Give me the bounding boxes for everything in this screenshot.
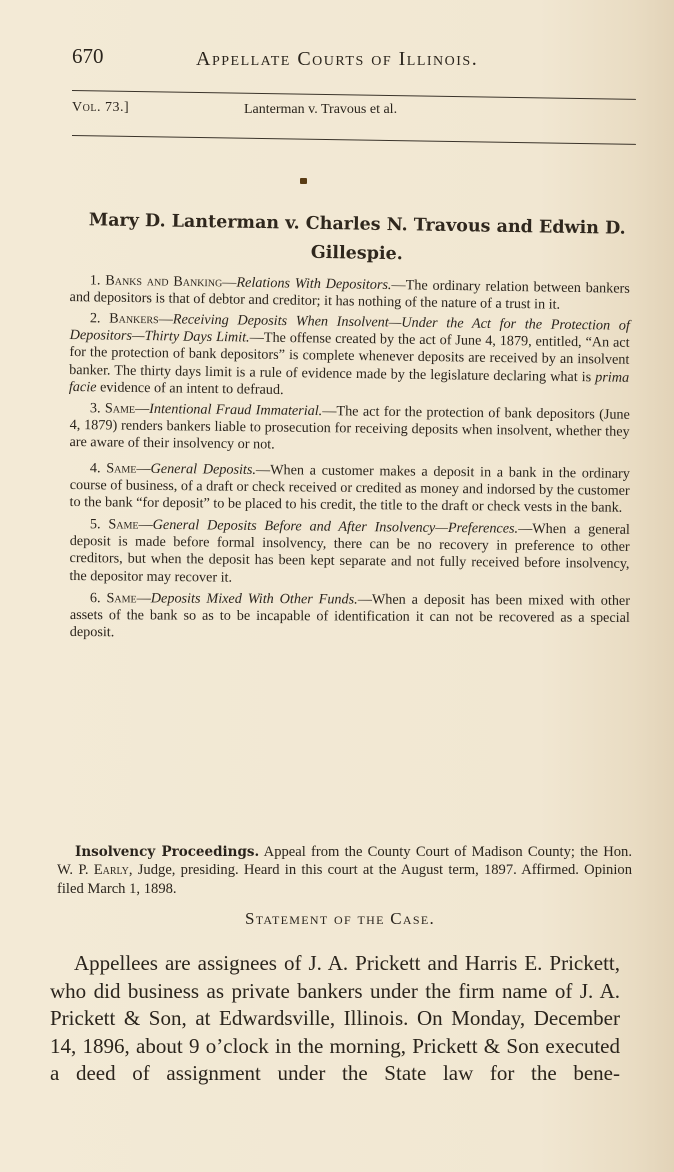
running-title: Appellate Courts of Illinois. <box>196 48 478 71</box>
headnote-5: 5. Same—General Deposits Before and Afte… <box>69 516 630 591</box>
headnote-number: 4. <box>90 460 101 476</box>
headnote-number: 6. <box>90 591 101 607</box>
headnote-subtopic: General Deposits Before and After Insolv… <box>153 517 519 537</box>
page-number: 670 <box>72 44 104 69</box>
headnote-topic: Same <box>105 401 135 417</box>
judge-name: Early <box>94 862 129 878</box>
proceedings-text-end: , Judge, presiding. Heard in this court … <box>57 862 632 897</box>
headnote-subtopic: Deposits Mixed With Other Funds. <box>151 591 358 608</box>
header-rule-top <box>72 90 636 100</box>
proceedings-lead: Insolvency Proceedings. <box>75 844 259 860</box>
headnote-2: 2. Bankers—Receiving Deposits When Insol… <box>69 310 630 404</box>
case-title: Mary D. Lanterman v. Charles N. Travous … <box>69 206 645 273</box>
headnote-number: 3. <box>90 401 101 417</box>
volume-label: Vol. 73.] <box>72 100 129 116</box>
running-head: 670 Appellate Courts of Illinois. <box>72 44 632 78</box>
headnote-4: 4. Same—General Deposits.—When a custome… <box>69 460 630 517</box>
headnote-topic: Same <box>106 591 136 607</box>
headnote-1: 1. Banks and Banking—Relations With Depo… <box>69 272 629 315</box>
headnote-number: 5. <box>90 516 101 532</box>
header-rule-bottom <box>72 135 636 145</box>
statement-paragraph: Appellees are assignees of J. A. Pricket… <box>50 950 620 1088</box>
headnote-6: 6. Same—Deposits Mixed With Other Funds.… <box>70 590 630 645</box>
headnote-text-end: evidence of an intent to defraud. <box>96 380 283 399</box>
book-page: 670 Appellate Courts of Illinois. Vol. 7… <box>0 0 674 1172</box>
case-short-title: Lanterman v. Travous et al. <box>244 102 397 118</box>
headnote-number: 1. <box>90 272 101 288</box>
headnote-3: 3. Same—Intentional Fraud Immaterial.—Th… <box>69 400 630 458</box>
headnote-topic: Same <box>108 516 138 532</box>
headnote-topic: Banks and Banking <box>105 273 222 291</box>
proceedings-paragraph: Insolvency Proceedings. Appeal from the … <box>57 843 632 899</box>
headnote-subtopic: Relations With Depositors. <box>236 275 391 293</box>
headnote-subtopic: Intentional Fraud Immaterial. <box>149 401 322 419</box>
headnote-number: 2. <box>90 311 101 327</box>
headnote-topic: Same <box>106 460 136 476</box>
headnote-subtopic: General Deposits. <box>150 461 256 478</box>
headnote-topic: Bankers <box>109 311 159 328</box>
ornament-dot-icon <box>300 178 307 184</box>
statement-heading: Statement of the Case. <box>60 909 620 929</box>
headnotes: 1. Banks and Banking—Relations With Depo… <box>70 272 630 646</box>
statement-body: Appellees are assignees of J. A. Pricket… <box>50 950 620 1088</box>
